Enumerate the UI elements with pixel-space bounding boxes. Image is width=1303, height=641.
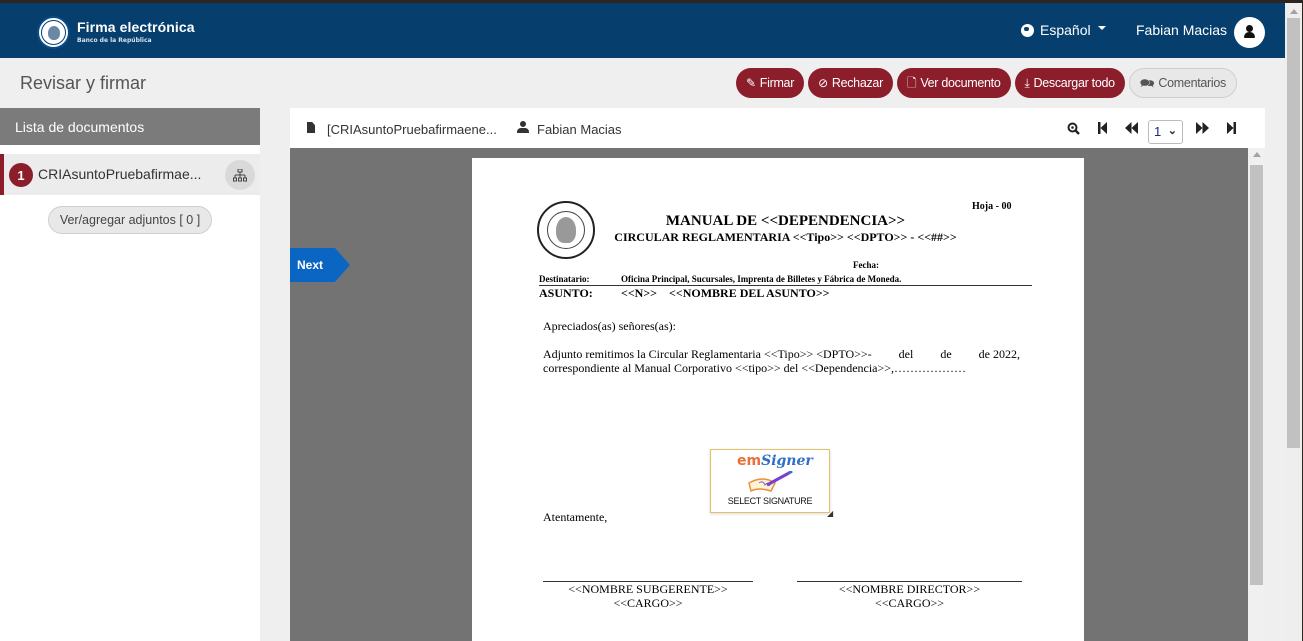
signer-role: <<CARGO>>	[543, 596, 753, 610]
recipient-value: Oficina Principal, Sucursales, Imprenta …	[621, 274, 901, 284]
document-list-item[interactable]: 1 CRIAsuntoPruebafirmae...	[0, 154, 260, 195]
emsigner-logo: emSigner	[737, 453, 813, 469]
subject-value: <<N>> <<NOMBRE DEL ASUNTO>>	[621, 286, 830, 301]
page-scrollbar-thumb[interactable]	[1287, 18, 1300, 448]
sheet-number: Hoja - 00	[972, 201, 1011, 212]
body-text: de 2022,	[979, 347, 1020, 361]
document-subtitle: CIRCULAR REGLAMENTARIA <<Tipo>> <<DPTO>>…	[472, 230, 1084, 245]
document-viewer: [CRIAsuntoPruebafirmaene... Fabian Macia…	[290, 108, 1265, 641]
page-scrollbar[interactable]	[1285, 3, 1302, 641]
comments-button[interactable]: 🗪 Comentarios	[1129, 68, 1237, 98]
bank-logo-icon	[37, 16, 70, 49]
body-paragraph: Adjunto remitimos la Circular Reglamenta…	[543, 347, 1020, 375]
document-list-panel: Lista de documentos 1 CRIAsuntoPruebafir…	[0, 108, 260, 641]
sign-label: Firmar	[760, 76, 794, 90]
viewer-scrollbar-thumb[interactable]	[1250, 165, 1263, 585]
signer-name: <<NOMBRE SUBGERENTE>>	[543, 582, 753, 596]
viewer-author: Fabian Macias	[537, 122, 622, 137]
signer-name: <<NOMBRE DIRECTOR>>	[797, 582, 1022, 596]
body-text: Adjunto remitimos la Circular Reglamenta…	[543, 347, 872, 361]
page-title: Revisar y firmar	[20, 73, 146, 94]
download-icon: ⤓	[1025, 77, 1030, 89]
download-all-label: Descargar todo	[1034, 76, 1115, 90]
closing: Atentamente,	[543, 510, 607, 525]
download-all-button[interactable]: ⤓ Descargar todo	[1015, 68, 1125, 98]
user-avatar[interactable]	[1234, 17, 1265, 48]
page-select[interactable]: 1 ⌄	[1148, 120, 1183, 144]
next-page-icon[interactable]	[1196, 122, 1209, 137]
resize-handle-icon[interactable]: ◢	[827, 509, 833, 518]
select-signature-widget[interactable]: emSigner SELECT SIGNATURE	[710, 449, 830, 513]
emsigner-logo-signer: Signer	[761, 453, 813, 469]
action-toolbar: ✎ Firmar ⊘ Rechazar 🗋 Ver documento ⤓ De…	[736, 68, 1237, 98]
document-title: MANUAL DE <<DEPENDENCIA>>	[472, 213, 1084, 230]
document-list-heading: Lista de documentos	[0, 108, 260, 145]
app-title: Firma electrónica	[77, 19, 195, 35]
viewer-toolbar: [CRIAsuntoPruebafirmaene... Fabian Macia…	[290, 108, 1265, 148]
user-icon-body	[1244, 32, 1255, 38]
next-field-button[interactable]: Next	[290, 248, 350, 282]
language-selector[interactable]: Español	[1021, 22, 1106, 38]
user-icon	[517, 121, 529, 134]
pencil-icon: ✎	[746, 77, 756, 89]
file-icon	[307, 122, 315, 133]
date-label: Fecha:	[853, 260, 879, 270]
viewer-scrollbar[interactable]	[1248, 148, 1265, 641]
sitemap-icon[interactable]	[225, 160, 255, 190]
app-header: Firma electrónica Banco de la República …	[0, 3, 1285, 58]
caret-down-icon	[1098, 26, 1106, 30]
user-name[interactable]: Fabian Macias	[1136, 22, 1227, 38]
user-icon	[1246, 25, 1253, 32]
first-page-icon[interactable]	[1098, 122, 1107, 137]
body-text: de	[940, 347, 951, 361]
comments-icon: 🗪	[1140, 77, 1155, 89]
recipient-label: Destinatario:	[539, 274, 590, 284]
last-page-icon[interactable]	[1227, 122, 1236, 137]
signer-role: <<CARGO>>	[797, 596, 1022, 610]
globe-icon	[1021, 24, 1034, 37]
document-name: CRIAsuntoPruebafirmae...	[38, 166, 201, 182]
document-page: Hoja - 00 MANUAL DE <<DEPENDENCIA>> CIRC…	[472, 158, 1084, 641]
document-number-badge: 1	[9, 163, 33, 187]
document-canvas: Hoja - 00 MANUAL DE <<DEPENDENCIA>> CIRC…	[290, 148, 1248, 641]
current-page-value: 1	[1154, 124, 1161, 139]
sign-button[interactable]: ✎ Firmar	[736, 68, 804, 98]
scroll-up-icon[interactable]	[1253, 152, 1261, 157]
emsigner-logo-em: em	[737, 453, 761, 469]
chevron-down-icon: ⌄	[1168, 124, 1177, 137]
zoom-icon[interactable]	[1067, 122, 1080, 138]
reject-button[interactable]: ⊘ Rechazar	[808, 68, 893, 98]
signer-block: <<NOMBRE SUBGERENTE>> <<CARGO>>	[543, 582, 753, 610]
signer-block: <<NOMBRE DIRECTOR>> <<CARGO>>	[797, 582, 1022, 610]
viewer-file-name: [CRIAsuntoPruebafirmaene...	[327, 122, 497, 137]
subject-label: ASUNTO:	[539, 286, 593, 301]
ban-icon: ⊘	[818, 77, 828, 89]
file-icon: 🗋	[907, 77, 916, 89]
attachments-button[interactable]: Ver/agregar adjuntos [ 0 ]	[48, 206, 212, 234]
language-label: Español	[1040, 22, 1091, 38]
select-signature-label: SELECT SIGNATURE	[711, 496, 829, 506]
body-text: del	[899, 347, 914, 361]
greeting: Apreciados(as) señores(as):	[543, 319, 676, 334]
view-document-button[interactable]: 🗋 Ver documento	[897, 68, 1011, 98]
body-text: correspondiente al Manual Corporativo <<…	[543, 361, 1020, 375]
scroll-up-icon[interactable]	[1290, 9, 1298, 14]
reject-label: Rechazar	[832, 76, 883, 90]
view-document-label: Ver documento	[920, 76, 1000, 90]
comments-label: Comentarios	[1158, 76, 1226, 90]
signature-pen-icon	[745, 471, 795, 493]
app-subtitle: Banco de la República	[77, 37, 152, 44]
previous-page-icon[interactable]	[1125, 122, 1138, 137]
